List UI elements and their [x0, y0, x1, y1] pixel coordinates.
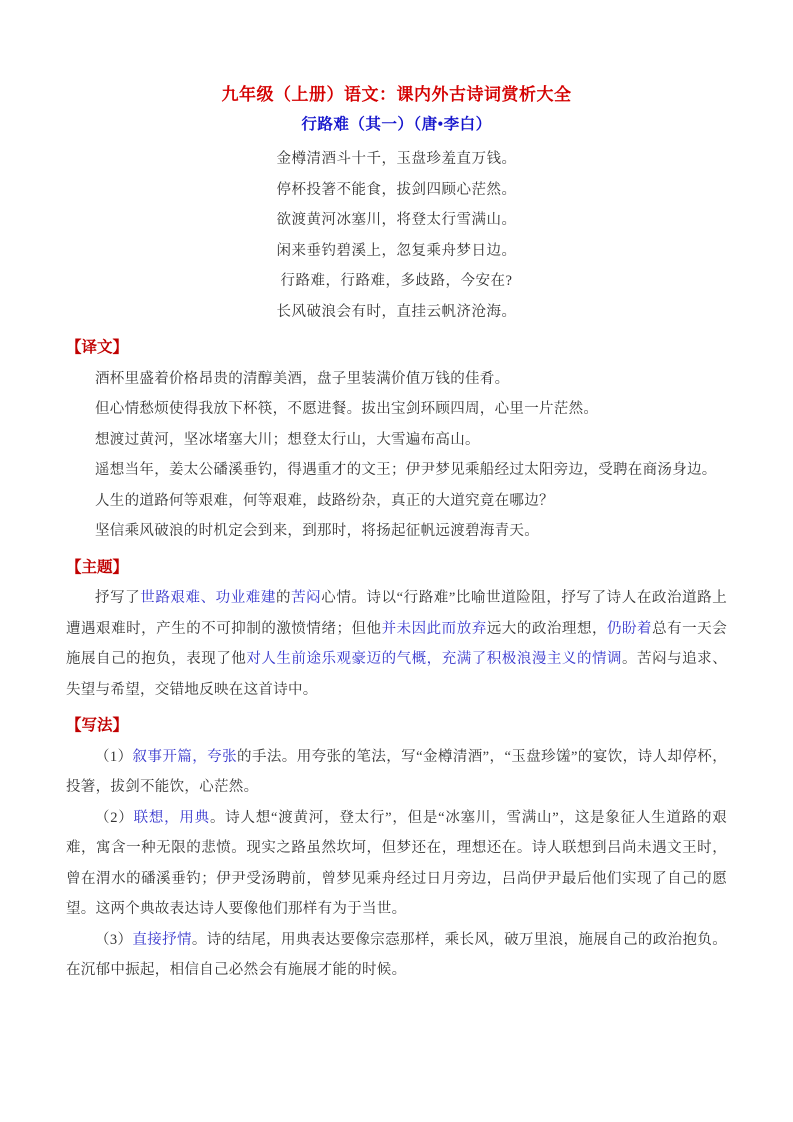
highlighted-text: 联想，用典 — [134, 810, 210, 826]
poem-line-1: 金樽清酒斗十千，玉盘珍羞直万钱。 — [66, 144, 727, 175]
highlighted-text: 世路艰难、功业难建 — [140, 590, 276, 606]
poem-line-3: 欲渡黄河冰塞川，将登太行雪满山。 — [66, 205, 727, 236]
section-heading-translation: 【译文】 — [66, 333, 727, 364]
document-page: 九年级（上册）语文：课内外古诗词赏析大全 行路难（其一）（唐•李白） 金樽清酒斗… — [0, 0, 793, 1122]
section-technique: 【写法】 （1）叙事开篇，夸张的手法。用夸张的笔法，写“金樽清酒”，“玉盘珍馐”… — [66, 711, 727, 986]
text-segment: （3） — [95, 932, 132, 948]
text-segment: 远大的政治理想， — [487, 621, 607, 637]
highlighted-text: 苦闷 — [291, 590, 321, 606]
poem-title: 行路难（其一）（唐•李白） — [66, 110, 727, 139]
text-segment: （2） — [95, 810, 134, 826]
poem-line-4: 闲来垂钓碧溪上，忽复乘舟梦日边。 — [66, 236, 727, 267]
translation-paragraph-6: 坚信乘风破浪的时机定会到来，到那时，将扬起征帆远渡碧海青天。 — [66, 516, 727, 547]
translation-paragraph-2: 但心情愁烦使得我放下杯筷，不愿进餐。拔出宝剑环顾四周，心里一片茫然。 — [66, 394, 727, 425]
poem-line-2: 停杯投箸不能食，拔剑四顾心茫然。 — [66, 175, 727, 206]
translation-paragraph-3: 想渡过黄河，坚冰堵塞大川；想登太行山，大雪遍布高山。 — [66, 425, 727, 456]
theme-paragraph: 抒写了世路艰难、功业难建的苦闷心情。诗以“行路难”比喻世道险阻，抒写了诗人在政治… — [66, 583, 727, 705]
poem-line-5: 行路难，行路难，多歧路，今安在? — [66, 266, 727, 297]
text-segment: 抒写了 — [95, 590, 140, 606]
translation-paragraph-1: 酒杯里盛着价格昂贵的清醇美酒，盘子里装满价值万钱的佳肴。 — [66, 364, 727, 395]
text-segment: 的 — [276, 590, 291, 606]
translation-paragraph-5: 人生的道路何等艰难，何等艰难，歧路纷杂，真正的大道究竟在哪边？ — [66, 486, 727, 517]
highlighted-text: 对人生前途乐观豪迈的气概，充满了积极浪漫主义的情调 — [246, 651, 622, 667]
highlighted-text: 并未因此而放弃 — [382, 621, 487, 637]
highlighted-text: 仍盼着 — [607, 621, 652, 637]
technique-paragraph-1: （1）叙事开篇，夸张的手法。用夸张的笔法，写“金樽清酒”，“玉盘珍馐”的宴饮，诗… — [66, 742, 727, 803]
section-heading-theme: 【主题】 — [66, 553, 727, 584]
document-content: 九年级（上册）语文：课内外古诗词赏析大全 行路难（其一）（唐•李白） 金樽清酒斗… — [0, 0, 793, 986]
technique-paragraph-2: （2）联想，用典。诗人想“渡黄河，登太行”，但是“冰塞川，雪满山”，这是象征人生… — [66, 803, 727, 925]
section-theme: 【主题】 抒写了世路艰难、功业难建的苦闷心情。诗以“行路难”比喻世道险阻，抒写了… — [66, 553, 727, 706]
section-heading-technique: 【写法】 — [66, 711, 727, 742]
translation-paragraph-4: 遥想当年，姜太公磻溪垂钓，得遇重才的文王；伊尹梦见乘船经过太阳旁边，受聘在商汤身… — [66, 455, 727, 486]
highlighted-text: 叙事开篇，夸张 — [133, 749, 237, 765]
highlighted-text: 直接抒情 — [132, 932, 191, 948]
poem-block: 金樽清酒斗十千，玉盘珍羞直万钱。 停杯投箸不能食，拔剑四顾心茫然。 欲渡黄河冰塞… — [66, 144, 727, 327]
text-segment: （1） — [95, 749, 133, 765]
document-title: 九年级（上册）语文：课内外古诗词赏析大全 — [66, 80, 727, 110]
technique-paragraph-3: （3）直接抒情。诗的结尾，用典表达要像宗悫那样，乘长风，破万里浪，施展自己的政治… — [66, 925, 727, 986]
section-translation: 【译文】 酒杯里盛着价格昂贵的清醇美酒，盘子里装满价值万钱的佳肴。 但心情愁烦使… — [66, 333, 727, 547]
poem-line-6: 长风破浪会有时，直挂云帆济沧海。 — [66, 297, 727, 328]
